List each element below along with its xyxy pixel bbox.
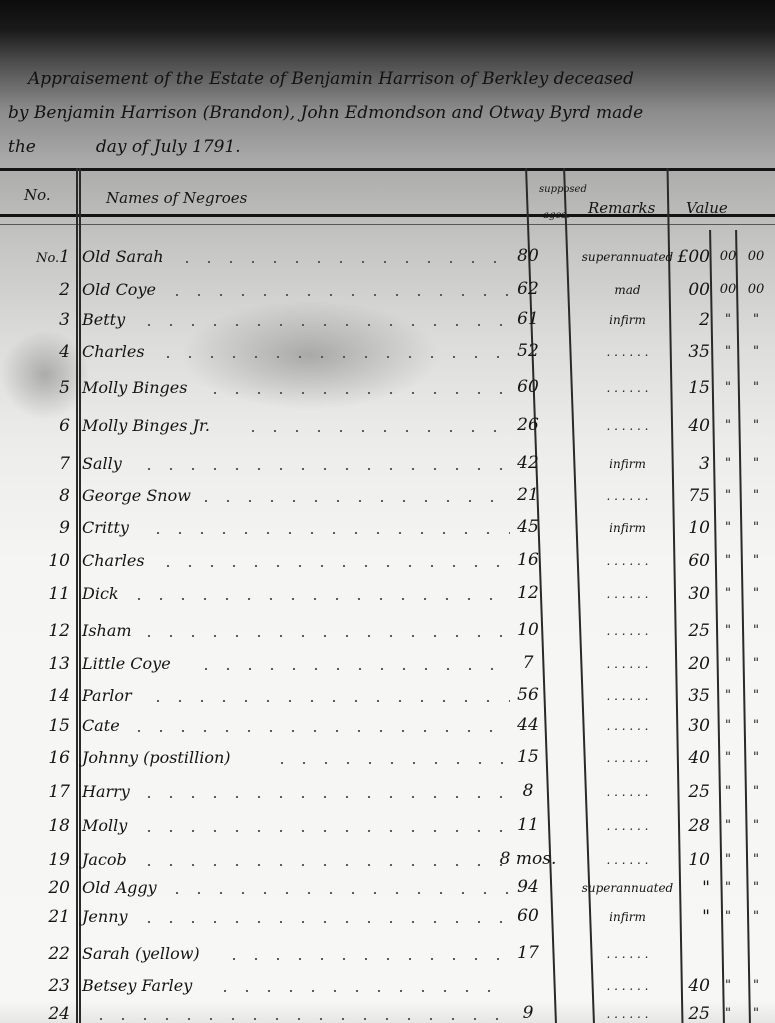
table-row: 9Critty45infirm10"" xyxy=(0,514,775,544)
row-remark: . . . . . . xyxy=(580,947,675,961)
header-ages-bottom: ages. xyxy=(543,210,570,222)
row-number: 14 xyxy=(0,686,70,706)
table-row: 15Cate44. . . . . .30"" xyxy=(0,712,775,742)
row-age: 7 xyxy=(498,653,558,673)
row-number: 5 xyxy=(0,378,70,398)
row-value-pence: " xyxy=(743,488,769,503)
dot-leader xyxy=(195,500,511,502)
row-value-pounds: " xyxy=(662,907,710,927)
row-age: 61 xyxy=(498,309,558,329)
table-row: 18Molly11. . . . . .28"" xyxy=(0,812,775,842)
row-value-pence: " xyxy=(743,656,769,671)
dot-leader xyxy=(147,700,510,702)
row-number: 15 xyxy=(0,716,70,736)
row-number: 17 xyxy=(0,782,70,802)
dot-leader xyxy=(90,1018,510,1020)
row-age: 80 xyxy=(498,246,558,266)
row-value-pounds: 3 xyxy=(662,454,710,474)
row-value-pounds: 00 xyxy=(662,280,710,300)
row-value-pence: " xyxy=(743,553,769,568)
row-value-pence: 00 xyxy=(743,282,769,297)
row-name: Old Sarah xyxy=(82,247,164,266)
row-name: Jenny xyxy=(82,907,128,926)
row-age: 15 xyxy=(498,747,558,767)
table-row: 5Molly Binges60. . . . . .15"" xyxy=(0,374,775,404)
row-value-shillings: " xyxy=(716,344,740,359)
row-number: 16 xyxy=(0,748,70,768)
row-name: Isham xyxy=(82,621,132,640)
row-value-shillings: " xyxy=(716,818,740,833)
row-number: 3 xyxy=(0,310,70,330)
row-value-pence: 00 xyxy=(743,249,769,264)
row-value-pence: " xyxy=(743,688,769,703)
row-remark: infirm xyxy=(580,457,675,471)
dot-leader xyxy=(166,892,510,894)
dot-leader xyxy=(195,668,511,670)
table-row: 22Sarah (yellow)17. . . . . . xyxy=(0,940,775,970)
row-value-pence: " xyxy=(743,520,769,535)
table-row: 4Charles52. . . . . .35"" xyxy=(0,338,775,368)
dot-leader xyxy=(214,990,511,992)
row-value-pence: " xyxy=(743,852,769,867)
row-remark: superannuated xyxy=(580,881,675,895)
table-row: 20Old Aggy94superannuated""" xyxy=(0,874,775,904)
row-value-pounds: 25 xyxy=(662,782,710,802)
row-remark: . . . . . . xyxy=(580,345,675,359)
row-remark: . . . . . . xyxy=(580,689,675,703)
row-number: 11 xyxy=(0,584,70,604)
row-age: 12 xyxy=(498,583,558,603)
row-number: 24 xyxy=(0,1004,70,1023)
row-value-pounds: 15 xyxy=(662,378,710,398)
row-value-pounds: 60 xyxy=(662,551,710,571)
row-value-shillings: " xyxy=(716,852,740,867)
table-row: 6Molly Binges Jr.26. . . . . .40"" xyxy=(0,412,775,442)
row-name: Molly Binges xyxy=(82,378,187,397)
table-row: 249. . . . . .25"" xyxy=(0,1000,775,1023)
row-number: 12 xyxy=(0,621,70,641)
dot-leader xyxy=(128,730,510,732)
row-value-shillings: " xyxy=(716,520,740,535)
row-name: Cate xyxy=(82,716,120,735)
row-number: 13 xyxy=(0,654,70,674)
row-name: George Snow xyxy=(82,486,191,505)
row-value-shillings: " xyxy=(716,656,740,671)
table-row: 13Little Coye7. . . . . .20"" xyxy=(0,650,775,680)
row-age: 8 mos. xyxy=(498,849,558,869)
title-line-3: theday of July 1791. xyxy=(8,130,768,164)
row-value-pence: " xyxy=(743,380,769,395)
row-number: 10 xyxy=(0,551,70,571)
row-remark: infirm xyxy=(580,910,675,924)
row-remark: . . . . . . xyxy=(580,785,675,799)
dot-leader xyxy=(138,830,511,832)
row-age: 60 xyxy=(498,906,558,926)
row-name: Critty xyxy=(82,518,129,537)
row-age: 94 xyxy=(498,877,558,897)
row-value-pounds: 40 xyxy=(662,748,710,768)
table-row: 8George Snow21. . . . . .75"" xyxy=(0,482,775,512)
row-number: 6 xyxy=(0,416,70,436)
row-remark: . . . . . . xyxy=(580,819,675,833)
row-remark: . . . . . . xyxy=(580,1007,675,1021)
row-value-pence: " xyxy=(743,718,769,733)
row-value-pounds: 35 xyxy=(662,342,710,362)
header-bottom-rule xyxy=(0,214,775,217)
row-age: 9 xyxy=(498,1003,558,1023)
row-value-pounds: " xyxy=(662,878,710,898)
dot-leader xyxy=(128,598,510,600)
row-number: No.1 xyxy=(0,247,70,267)
dot-leader xyxy=(242,430,510,432)
row-value-pence: " xyxy=(743,623,769,638)
dot-leader xyxy=(138,796,511,798)
row-name: Betsey Farley xyxy=(82,976,192,995)
row-remark: superannuated xyxy=(580,250,675,264)
row-value-shillings: " xyxy=(716,688,740,703)
row-value-shillings: " xyxy=(716,623,740,638)
row-value-pence: " xyxy=(743,344,769,359)
row-value-shillings: " xyxy=(716,909,740,924)
row-value-pounds: 40 xyxy=(662,416,710,436)
row-age: 62 xyxy=(498,279,558,299)
row-remark: . . . . . . xyxy=(580,719,675,733)
table-row: 7Sally42infirm3"" xyxy=(0,450,775,480)
row-number: 18 xyxy=(0,816,70,836)
row-remark: . . . . . . xyxy=(580,853,675,867)
header-ages-top: supposed xyxy=(539,184,587,196)
dot-leader xyxy=(138,468,511,470)
dot-leader xyxy=(271,762,511,764)
row-remark: infirm xyxy=(580,521,675,535)
row-number: 22 xyxy=(0,944,70,964)
row-name: Charles xyxy=(82,342,145,361)
row-number: 19 xyxy=(0,850,70,870)
row-number: 23 xyxy=(0,976,70,996)
header-names: Names of Negroes xyxy=(106,189,247,207)
table-row: 17Harry8. . . . . .25"" xyxy=(0,778,775,808)
table-row: 23Betsey Farley. . . . . .40"" xyxy=(0,972,775,1002)
table-row: 12Isham10. . . . . .25"" xyxy=(0,617,775,647)
table-row: 10Charles16. . . . . .60"" xyxy=(0,547,775,577)
row-value-pounds: 10 xyxy=(662,518,710,538)
row-age: 11 xyxy=(498,815,558,835)
row-value-shillings: 00 xyxy=(716,249,740,264)
row-age: 45 xyxy=(498,517,558,537)
row-value-shillings: " xyxy=(716,456,740,471)
dot-leader xyxy=(138,864,511,866)
row-number: 8 xyxy=(0,486,70,506)
row-value-pence: " xyxy=(743,312,769,327)
row-number: 21 xyxy=(0,907,70,927)
dot-leader xyxy=(157,565,511,567)
table-row: 16Johnny (postillion)15. . . . . .40"" xyxy=(0,744,775,774)
table-row: 3Betty61infirm2"" xyxy=(0,306,775,336)
row-name: Harry xyxy=(82,782,130,801)
dot-leader xyxy=(138,635,511,637)
row-age: 10 xyxy=(498,620,558,640)
title-line-2: by Benjamin Harrison (Brandon), John Edm… xyxy=(8,96,768,130)
header-remarks: Remarks xyxy=(588,199,655,217)
dot-leader xyxy=(176,261,511,263)
row-age: 42 xyxy=(498,453,558,473)
row-value-shillings: " xyxy=(716,586,740,601)
dot-leader xyxy=(138,921,511,923)
row-remark: mad xyxy=(580,283,675,297)
document-title: Appraisement of the Estate of Benjamin H… xyxy=(8,62,768,164)
table-row: 2Old Coye62mad000000 xyxy=(0,276,775,306)
row-name: Little Coye xyxy=(82,654,171,673)
row-age: 21 xyxy=(498,485,558,505)
row-value-pence: " xyxy=(743,750,769,765)
row-remark: . . . . . . xyxy=(580,979,675,993)
dot-leader xyxy=(223,958,510,960)
row-age: 26 xyxy=(498,415,558,435)
row-value-shillings: 00 xyxy=(716,282,740,297)
row-value-shillings: " xyxy=(716,418,740,433)
row-value-shillings: " xyxy=(716,880,740,895)
pound-sign: £ xyxy=(678,247,689,267)
row-value-shillings: " xyxy=(716,784,740,799)
row-number: 4 xyxy=(0,342,70,362)
table-row: No.1Old Sarah80superannuated£000000 xyxy=(0,243,775,273)
row-value-shillings: " xyxy=(716,750,740,765)
row-age: 44 xyxy=(498,715,558,735)
dot-leader xyxy=(157,356,511,358)
row-value-pounds: £00 xyxy=(662,247,710,267)
row-value-pounds: 2 xyxy=(662,310,710,330)
row-value-pounds: 40 xyxy=(662,976,710,996)
row-age: 16 xyxy=(498,550,558,570)
header-value: Value xyxy=(686,199,728,217)
row-value-shillings: " xyxy=(716,1006,740,1021)
row-value-pence: " xyxy=(743,818,769,833)
row-name: Johnny (postillion) xyxy=(82,748,231,767)
row-value-pence: " xyxy=(743,1006,769,1021)
row-value-pounds: 25 xyxy=(662,621,710,641)
row-value-shillings: " xyxy=(716,553,740,568)
row-value-shillings: " xyxy=(716,718,740,733)
dot-leader xyxy=(204,392,510,394)
row-value-pounds: 30 xyxy=(662,716,710,736)
row-name: Sally xyxy=(82,454,122,473)
row-number: 2 xyxy=(0,280,70,300)
row-name: Jacob xyxy=(82,850,127,869)
row-remark: . . . . . . xyxy=(580,381,675,395)
row-value-shillings: " xyxy=(716,380,740,395)
row-name: Charles xyxy=(82,551,145,570)
row-remark: infirm xyxy=(580,313,675,327)
row-prefix: No. xyxy=(36,251,59,266)
row-remark: . . . . . . xyxy=(580,587,675,601)
dot-leader xyxy=(147,532,510,534)
row-value-shillings: " xyxy=(716,978,740,993)
row-value-shillings: " xyxy=(716,488,740,503)
row-value-pence: " xyxy=(743,586,769,601)
row-value-pence: " xyxy=(743,456,769,471)
table-row: 19Jacob8 mos.. . . . . .10"" xyxy=(0,846,775,876)
dot-leader xyxy=(138,324,511,326)
title-date: day of July 1791. xyxy=(96,137,241,157)
row-value-pounds: 28 xyxy=(662,816,710,836)
header-no: No. xyxy=(24,186,51,204)
row-remark: . . . . . . xyxy=(580,624,675,638)
row-name: Dick xyxy=(82,584,119,603)
row-remark: . . . . . . xyxy=(580,657,675,671)
row-number: 7 xyxy=(0,454,70,474)
row-value-pounds: 75 xyxy=(662,486,710,506)
row-value-pounds: 30 xyxy=(662,584,710,604)
row-name: Betty xyxy=(82,310,125,329)
row-name: Molly xyxy=(82,816,127,835)
row-number: 20 xyxy=(0,878,70,898)
row-number: 9 xyxy=(0,518,70,538)
row-age: 60 xyxy=(498,377,558,397)
row-name: Old Coye xyxy=(82,280,156,299)
row-name: Molly Binges Jr. xyxy=(82,416,210,435)
header-underline xyxy=(0,224,775,225)
table-row: 21Jenny60infirm""" xyxy=(0,903,775,933)
row-value-pence: " xyxy=(743,978,769,993)
row-age: 56 xyxy=(498,685,558,705)
title-line-1: Appraisement of the Estate of Benjamin H… xyxy=(8,62,768,96)
table-row: 14Parlor56. . . . . .35"" xyxy=(0,682,775,712)
row-name: Old Aggy xyxy=(82,878,157,897)
row-remark: . . . . . . xyxy=(580,419,675,433)
row-value-pounds: 10 xyxy=(662,850,710,870)
manuscript-page: Appraisement of the Estate of Benjamin H… xyxy=(0,0,775,1023)
row-value-pence: " xyxy=(743,909,769,924)
row-age: 17 xyxy=(498,943,558,963)
row-name: Sarah (yellow) xyxy=(82,944,200,963)
dot-leader xyxy=(166,294,510,296)
row-remark: . . . . . . xyxy=(580,751,675,765)
row-value-shillings: " xyxy=(716,312,740,327)
row-remark: . . . . . . xyxy=(580,554,675,568)
row-value-pounds: 20 xyxy=(662,654,710,674)
row-value-pounds: 35 xyxy=(662,686,710,706)
row-value-pounds: 25 xyxy=(662,1004,710,1023)
header-top-rule xyxy=(0,168,775,171)
title-the: the xyxy=(8,137,36,157)
table-row: 11Dick12. . . . . .30"" xyxy=(0,580,775,610)
row-value-pence: " xyxy=(743,418,769,433)
row-remark: . . . . . . xyxy=(580,489,675,503)
row-age: 52 xyxy=(498,341,558,361)
row-name: Parlor xyxy=(82,686,132,705)
row-value-pence: " xyxy=(743,784,769,799)
row-value-pence: " xyxy=(743,880,769,895)
row-age: 8 xyxy=(498,781,558,801)
